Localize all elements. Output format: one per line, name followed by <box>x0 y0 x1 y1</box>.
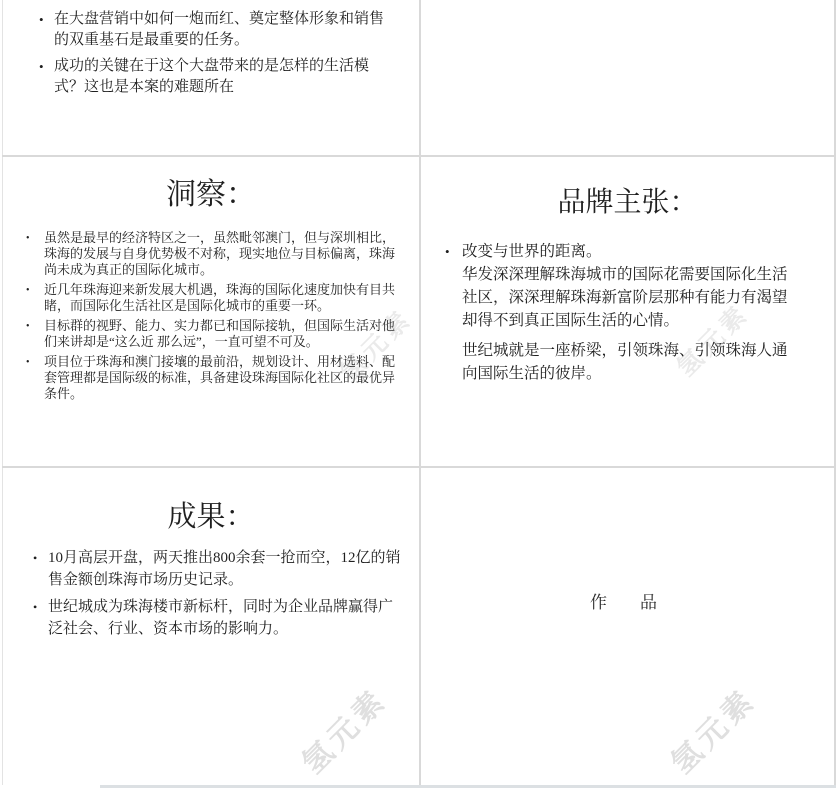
bullet-dot-icon: • <box>39 9 54 30</box>
bullet-dot-icon: • <box>33 547 48 569</box>
bullet-text: 在大盘营销中如何一炮而红、奠定整体形象和销售的双重基石是最重要的任务。 <box>54 9 393 51</box>
bullet-item: • 近几年珠海迎来新发展大机遇，珠海的国际化速度加快有目共睹，而国际化生活社区是… <box>26 282 405 314</box>
bullet-dot-icon: • <box>445 240 462 263</box>
bullet-item: • 在大盘营销中如何一炮而红、奠定整体形象和销售的双重基石是最重要的任务。 <box>39 9 393 51</box>
bullet-dot-icon: • <box>39 56 54 77</box>
bullet-text: 成功的关键在于这个大盘带来的是怎样的生活模式？这也是本案的难题所在 <box>54 56 393 98</box>
works-label: 作 品 <box>421 588 834 613</box>
slide-title: 品牌主张： <box>421 186 834 220</box>
bullet-dot-icon: • <box>26 282 44 299</box>
bullet-text: 改变与世界的距离。 <box>462 240 602 263</box>
bullet-text: 近几年珠海迎来新发展大机遇，珠海的国际化速度加快有目共睹，而国际化生活社区是国际… <box>44 282 405 314</box>
bullet-text: 虽然是最早的经济特区之一，虽然毗邻澳门，但与深圳相比，珠海的发展与自身优势极不对… <box>44 230 405 278</box>
bullet-dot-icon: • <box>26 354 44 371</box>
bullet-item: • 世纪城成为珠海楼市新标杆，同时为企业品牌赢得广泛社会、行业、资本市场的影响力… <box>33 596 403 640</box>
bullet-item: • 10月高层开盘，两天推出800余套一抢而空，12亿的销售金额创珠海市场历史记… <box>33 547 403 591</box>
bullet-item: • 成功的关键在于这个大盘带来的是怎样的生活模式？这也是本案的难题所在 <box>39 56 393 98</box>
slide-panel-results: 成果： • 10月高层开盘，两天推出800余套一抢而空，12亿的销售金额创珠海市… <box>3 468 419 783</box>
slide-panel-works: 作 品 氢元素 <box>421 468 834 783</box>
bullet-text: 10月高层开盘，两天推出800余套一抢而空，12亿的销售金额创珠海市场历史记录。 <box>48 547 403 591</box>
bullet-item: • 目标群的视野、能力、实力都已和国际接轨，但国际生活对他们来讲却是“这么近 那… <box>26 318 405 350</box>
bullet-list: • 在大盘营销中如何一炮而红、奠定整体形象和销售的双重基石是最重要的任务。 • … <box>39 9 393 98</box>
left-border-line <box>2 0 3 785</box>
slides-preview: • 在大盘营销中如何一炮而红、奠定整体形象和销售的双重基石是最重要的任务。 • … <box>0 0 840 788</box>
slide-panel-insight: 洞察： • 虽然是最早的经济特区之一，虽然毗邻澳门，但与深圳相比，珠海的发展与自… <box>3 157 419 466</box>
bullet-item: • 项目位于珠海和澳门接壤的最前沿，规划设计、用材选料、配套管理都是国际级的标准… <box>26 354 405 402</box>
slide-panel-task: • 在大盘营销中如何一炮而红、奠定整体形象和销售的双重基石是最重要的任务。 • … <box>3 0 419 155</box>
horizontal-divider <box>2 466 836 468</box>
bullet-list: • 10月高层开盘，两天推出800余套一抢而空，12亿的销售金额创珠海市场历史记… <box>3 547 419 640</box>
paragraph: 华发深深理解珠海城市的国际花需要国际化生活社区，深深理解珠海新富阶层那种有能力有… <box>462 263 802 332</box>
bullet-text: 项目位于珠海和澳门接壤的最前沿，规划设计、用材选料、配套管理都是国际级的标准，具… <box>44 354 405 402</box>
bullet-item: • 虽然是最早的经济特区之一，虽然毗邻澳门，但与深圳相比，珠海的发展与自身优势极… <box>26 230 405 278</box>
bullet-text: 世纪城成为珠海楼市新标杆，同时为企业品牌赢得广泛社会、行业、资本市场的影响力。 <box>48 596 403 640</box>
bullet-dot-icon: • <box>26 230 44 247</box>
bullet-text: 目标群的视野、能力、实力都已和国际接轨，但国际生活对他们来讲却是“这么近 那么远… <box>44 318 405 350</box>
right-border-line <box>834 0 836 785</box>
slide-title: 成果： <box>3 500 419 534</box>
watermark-text: 氢元素 <box>290 676 395 781</box>
paragraph: 世纪城就是一座桥梁，引领珠海、引领珠海人通向国际生活的彼岸。 <box>462 339 802 385</box>
bullet-list: • 虽然是最早的经济特区之一，虽然毗邻澳门，但与深圳相比，珠海的发展与自身优势极… <box>3 230 419 402</box>
watermark-text: 氢元素 <box>659 676 764 781</box>
bullet-item: • 改变与世界的距离。 <box>445 240 802 263</box>
bullet-dot-icon: • <box>26 318 44 335</box>
slide-panel-brand: 品牌主张： • 改变与世界的距离。 华发深深理解珠海城市的国际花需要国际化生活社… <box>421 157 834 466</box>
slide-panel-blank <box>421 0 834 155</box>
bullet-dot-icon: • <box>33 596 48 618</box>
slide-body: • 改变与世界的距离。 华发深深理解珠海城市的国际花需要国际化生活社区，深深理解… <box>421 240 834 385</box>
vertical-divider <box>419 0 421 785</box>
slide-title: 洞察： <box>3 178 419 212</box>
horizontal-divider <box>2 155 836 157</box>
